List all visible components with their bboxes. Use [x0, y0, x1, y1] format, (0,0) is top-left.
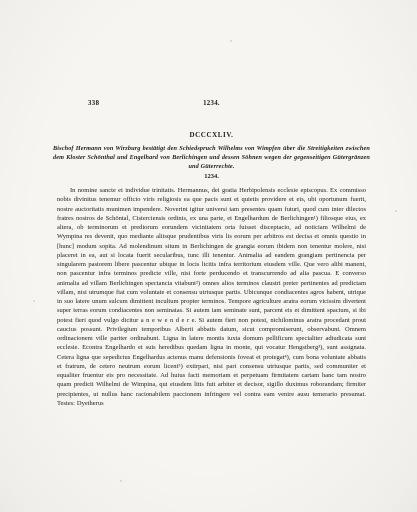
- running-head-year: 1234.: [57, 100, 366, 107]
- scan-speck: [395, 210, 397, 212]
- scan-speck: [120, 480, 122, 482]
- date-line: 1234.: [57, 173, 366, 180]
- scan-speck: [230, 40, 232, 42]
- regest-summary: Bischof Hermann von Wirzburg bestätigt d…: [53, 144, 370, 171]
- scan-speck: [33, 300, 35, 302]
- scanned-book-page: 338 1234. DCCCXLIV. Bischof Hermann von …: [0, 0, 417, 512]
- charter-number-heading: DCCCXLIV.: [57, 131, 366, 139]
- charter-body-text: In nomine sancte et individue trinitatis…: [57, 186, 366, 408]
